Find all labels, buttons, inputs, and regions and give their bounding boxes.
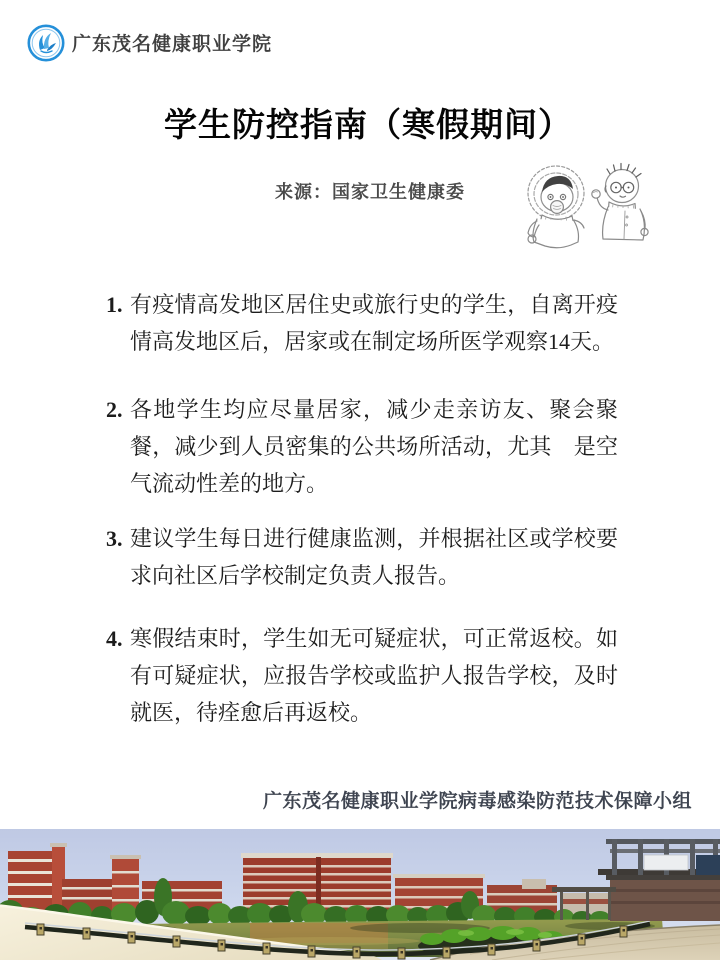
children-winter-sketch-illustration [516, 156, 664, 260]
credit-line: 广东茂名健康职业学院病毒感染防范技术保障小组 [263, 786, 692, 813]
page-title: 学生防控指南（寒假期间） [8, 99, 720, 146]
guideline-item-2: 2. 各地学生均应尽量居家，减少走亲访友、聚会聚餐，减少到人员密集的公共场所活动… [106, 391, 618, 502]
guideline-number: 4. [106, 620, 130, 657]
guideline-text: 有疫情高发地区居住史或旅行史的学生，自离开疫情高发地区后，居家或在制定场所医学观… [130, 286, 618, 360]
guideline-number: 1. [106, 286, 130, 323]
document-page: 广东茂名健康职业学院 学生防控指南（寒假期间） 来源：国家卫生健康委 [0, 0, 720, 960]
header-bar: 广东茂名健康职业学院 [0, 0, 720, 80]
school-name: 广东茂名健康职业学院 [72, 29, 272, 56]
guideline-item-4: 4. 寒假结束时，学生如无可疑症状，可正常返校。如有可疑症状，应报告学校或监护人… [106, 620, 618, 731]
guideline-number: 3. [106, 520, 130, 557]
school-logo-icon [27, 24, 65, 62]
guidelines-list: 1. 有疫情高发地区居住史或旅行史的学生，自离开疫情高发地区后，居家或在制定场所… [106, 286, 618, 731]
guideline-item-3: 3. 建议学生每日进行健康监测，并根据社区或学校要求向社区后学校制定负责人报告。 [106, 520, 618, 594]
guideline-text: 建议学生每日进行健康监测，并根据社区或学校要求向社区后学校制定负责人报告。 [130, 520, 618, 594]
guideline-item-1: 1. 有疫情高发地区居住史或旅行史的学生，自离开疫情高发地区后，居家或在制定场所… [106, 286, 618, 360]
guideline-text: 各地学生均应尽量居家，减少走亲访友、聚会聚餐，减少到人员密集的公共场所活动，尤其… [130, 391, 618, 502]
guideline-text: 寒假结束时，学生如无可疑症状，可正常返校。如有可疑症状，应报告学校或监护人报告学… [130, 620, 618, 731]
guideline-number: 2. [106, 391, 130, 428]
campus-panorama-photo [0, 829, 720, 960]
